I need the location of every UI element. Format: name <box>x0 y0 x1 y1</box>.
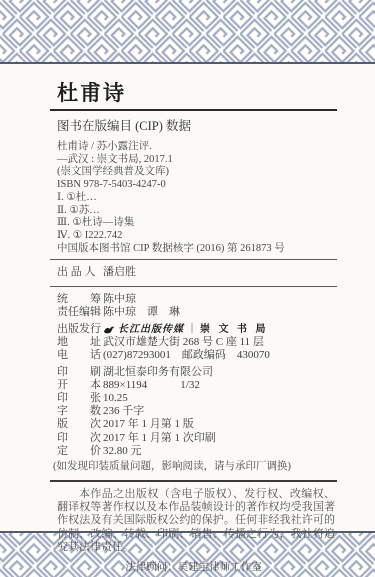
wordcount-value: 236 千字 <box>103 405 144 418</box>
legal-advisor: 法律顾问：吴建宝律师工作室 <box>50 559 337 574</box>
phone-value: (027)87293001 邮政编码 430070 <box>103 349 270 362</box>
phone-label: 电 话 <box>57 349 103 362</box>
producer-label: 出 品 人 <box>57 266 103 279</box>
cip-heading: 图书在版编目 (CIP) 数据 <box>57 118 337 134</box>
section-divider <box>50 286 337 287</box>
producer-row: 出 品 人 潘启胜 <box>57 266 337 279</box>
fret-pattern-top-graphic <box>0 0 375 62</box>
book-copyright-page: 杜甫诗 图书在版编目 (CIP) 数据 杜甫诗 / 苏小露注评. —武汉 : 崇… <box>0 0 375 577</box>
bird-logo-icon <box>103 325 115 335</box>
address-row: 地 址 武汉市雄楚大街 268 号 C 座 11 层 <box>57 336 337 349</box>
edition-value: 2017 年 1 月第 1 版 <box>103 418 194 431</box>
publisher-imprint-text: 崇 文 书 局 <box>200 323 269 336</box>
printer-label: 印 刷 <box>57 366 103 379</box>
wordcount-row: 字 数 236 千字 <box>57 405 337 418</box>
quality-note: (如发现印装质量问题，影响阅读，请与承印厂调换) <box>53 460 337 473</box>
cip-line: —武汉 : 崇文书局, 2017.1 <box>57 154 337 167</box>
publisher-brand-text: 长江出版传媒 <box>118 323 184 336</box>
section-divider <box>50 259 337 260</box>
format-value: 889×1194 1/32 <box>103 379 200 392</box>
producer-name: 潘启胜 <box>103 266 136 279</box>
printer-value: 湖北恒泰印务有限公司 <box>103 366 213 379</box>
publisher-brand-divider: ｜ <box>187 323 197 336</box>
price-label: 定 价 <box>57 445 103 458</box>
title-divider <box>50 109 337 111</box>
cip-line: Ⅰ. ①杜… <box>57 192 337 205</box>
editors-label: 责任编辑 <box>57 306 103 319</box>
address-label: 地 址 <box>57 336 103 349</box>
sheets-row: 印 张 10.25 <box>57 392 337 405</box>
editors-names: 陈中琼 谭 琳 <box>103 306 180 319</box>
sheets-value: 10.25 <box>103 392 128 405</box>
format-row: 开 本 889×1194 1/32 <box>57 379 337 392</box>
impression-row: 印 次 2017 年 1 月第 1 次印刷 <box>57 432 337 445</box>
staff-block: 统 筹 陈中琼 责任编辑 陈中琼 谭 琳 <box>50 293 337 319</box>
printing-info-block: 印 刷 湖北恒泰印务有限公司 开 本 889×1194 1/32 印 张 10.… <box>50 366 337 458</box>
cip-line: 杜甫诗 / 苏小露注评. <box>57 141 337 154</box>
impression-value: 2017 年 1 月第 1 次印刷 <box>103 432 216 445</box>
edition-label: 版 次 <box>57 418 103 431</box>
contact-block: 地 址 武汉市雄楚大街 268 号 C 座 11 层 电 话 (027)8729… <box>50 336 337 362</box>
copyright-divider <box>50 480 337 482</box>
editors-row: 责任编辑 陈中琼 谭 琳 <box>57 306 337 319</box>
printer-row: 印 刷 湖北恒泰印务有限公司 <box>57 366 337 379</box>
book-title: 杜甫诗 <box>57 81 337 106</box>
phone-row: 电 话 (027)87293001 邮政编码 430070 <box>57 349 337 362</box>
publisher-logo: 长江出版传媒 ｜ 崇 文 书 局 <box>103 323 269 336</box>
copyright-notice: 本作品之出版权（含电子版权）、发行权、改编权、翻译权等著作权以及本作品装帧设计的… <box>57 488 335 554</box>
cip-line: Ⅳ. ① I222.742 <box>57 230 337 243</box>
cip-data-block: 杜甫诗 / 苏小露注评. —武汉 : 崇文书局, 2017.1 (崇文国学经典普… <box>57 141 337 255</box>
cip-line: Ⅱ. ①苏… <box>57 205 337 218</box>
colophon-content: 杜甫诗 图书在版编目 (CIP) 数据 杜甫诗 / 苏小露注评. —武汉 : 崇… <box>0 64 375 574</box>
cip-line: Ⅲ. ①杜诗—诗集 <box>57 217 337 230</box>
price-value: 32.80 元 <box>103 445 142 458</box>
cip-line: ISBN 978-7-5403-4247-0 <box>57 179 337 192</box>
publisher-label: 出版发行 <box>57 323 103 336</box>
cip-line: (崇文国学经典普及文库) <box>57 166 337 179</box>
publisher-row: 出版发行 长江出版传媒 ｜ 崇 文 书 局 <box>57 323 337 336</box>
coordinator-row: 统 筹 陈中琼 <box>57 293 337 306</box>
address-value: 武汉市雄楚大街 268 号 C 座 11 层 <box>103 336 264 349</box>
impression-label: 印 次 <box>57 432 103 445</box>
coordinator-name: 陈中琼 <box>103 293 136 306</box>
format-label: 开 本 <box>57 379 103 392</box>
wordcount-label: 字 数 <box>57 405 103 418</box>
coordinator-label: 统 筹 <box>57 293 103 306</box>
sheets-label: 印 张 <box>57 392 103 405</box>
top-fret-pattern-border <box>0 0 375 64</box>
edition-row: 版 次 2017 年 1 月第 1 版 <box>57 418 337 431</box>
price-row: 定 价 32.80 元 <box>57 445 337 458</box>
cip-line: 中国版本图书馆 CIP 数据核字 (2016) 第 261873 号 <box>57 243 337 256</box>
